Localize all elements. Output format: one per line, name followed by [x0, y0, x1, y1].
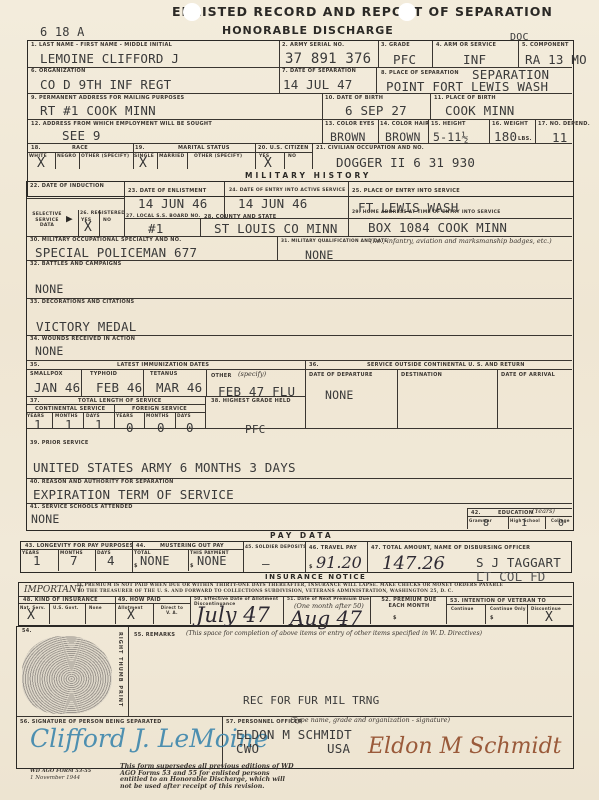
college-years-value: 0	[558, 518, 564, 529]
field-label: 6. Organization	[31, 68, 86, 74]
section-insurance-notice: INSURANCE NOTICE	[265, 573, 366, 581]
field-label: 37.	[30, 398, 40, 404]
allotment-discontinuance-value: July 47	[196, 603, 270, 627]
field-label: 47. Total Amount, Name of Disbursing Off…	[371, 545, 530, 551]
field-label: 4. Arm or Service	[436, 42, 496, 48]
insurance-notice-line1: IF PREMIUM IS NOT PAID WHEN DUE OR WITHI…	[77, 583, 503, 588]
marital-option-married[interactable]: Married	[159, 154, 184, 159]
remarks-value: REC FOR FUR MIL TRNG	[243, 694, 379, 707]
weight-unit: LBS.	[518, 136, 532, 142]
field-label: 33. Decorations and Citations	[30, 299, 134, 305]
arrow-right-icon: ▶	[66, 212, 73, 225]
name-value: LEMOINE CLIFFORD J	[40, 51, 179, 66]
soldier-deposits-value: —	[262, 556, 270, 571]
field-label: 12. Address from which Employment will b…	[31, 121, 212, 127]
service-schools-value: NONE	[31, 512, 60, 526]
field-label: 15. Height	[431, 121, 466, 127]
field-label: 42.	[471, 510, 481, 516]
longevity-days-value: 4	[107, 553, 115, 568]
registered-checkmark: X	[84, 220, 92, 235]
total-amount-value: 147.26	[382, 553, 445, 574]
column-label: Months	[146, 414, 169, 419]
travel-pay-value: 91.20	[316, 553, 362, 572]
field-label: 35.	[30, 362, 40, 368]
field-label: 49. How Paid	[118, 597, 161, 603]
field-label: 54.	[22, 628, 32, 634]
field-label: 7. Date of Separation	[282, 68, 356, 74]
battles-value: NONE	[35, 282, 64, 296]
column-label: Years	[116, 414, 133, 419]
field-label: 41. Service Schools Attended	[30, 504, 133, 510]
personnel-officer-org: USA	[327, 741, 350, 756]
tetanus-date-value: MAR 46	[156, 380, 202, 395]
grammar-years-value: 8	[483, 518, 489, 529]
registered-option-no[interactable]: No	[103, 218, 111, 223]
punch-hole	[398, 3, 416, 21]
continental-months-value: 1	[65, 417, 73, 432]
continental-days-value: 1	[95, 417, 103, 432]
field-label: 26. Registered	[80, 211, 125, 216]
separation-place-line2: POINT FORT LEWIS WASH	[386, 79, 548, 94]
personnel-officer-signature: Eldon M Schmidt	[368, 734, 562, 759]
decorations-value: VICTORY MEDAL	[36, 319, 136, 334]
enlistment-date-value: 14 JUN 46	[138, 196, 208, 211]
insurance-notice-line2: TO THE TREASURER OF THE U. S. AND FORWAR…	[77, 589, 453, 594]
dependents-value: 11	[552, 130, 567, 145]
field-label: 18.	[31, 145, 41, 151]
foreign-service-label: Foreign Service	[132, 406, 187, 412]
form-id-line2: 1 November 1944	[30, 775, 80, 782]
height-value: 5-11½	[433, 130, 469, 144]
intention-option-continue[interactable]: Continue	[451, 606, 474, 611]
field-label: Total Length of Service	[78, 398, 162, 404]
field-label-note: (This space for completion of above item…	[186, 630, 482, 637]
field-label: 16. Weight	[492, 121, 528, 127]
citizen-option-no[interactable]: No	[288, 154, 296, 159]
thumbprint-image	[22, 636, 112, 714]
mustering-payment-value: NONE	[197, 554, 227, 568]
longevity-years-value: 1	[33, 553, 41, 568]
field-label: 8. Place of Separation	[381, 70, 459, 76]
column-label: Days	[177, 414, 191, 419]
insurance-checkmark: X	[27, 608, 35, 623]
column-label: Other	[211, 373, 232, 379]
supersedes-note: This form supersedes all previous editio…	[120, 764, 295, 790]
civilian-occupation-value: DOGGER II 6 31 930	[336, 155, 475, 170]
punch-hole	[183, 3, 201, 21]
column-label: Typhoid	[90, 371, 117, 377]
county-state-value: ST LOUIS CO MINN	[214, 221, 338, 236]
field-label: 48. Kind of Insurance	[23, 597, 98, 603]
field-label: 14. Color Hair	[380, 121, 429, 127]
field-label: 1. Last Name - First Name - Middle Initi…	[31, 42, 172, 48]
paid-option-direct[interactable]: Direct to V. A.	[158, 605, 186, 615]
field-label: 25. Place of Entry into Service	[352, 188, 460, 194]
personnel-officer-grade: CWO	[236, 741, 259, 756]
field-label: 11. Place of Birth	[434, 95, 496, 101]
mustering-total-value: NONE	[140, 554, 170, 568]
weight-value: 180	[494, 129, 517, 144]
field-label: 40. Reason and Authority for Separation	[30, 479, 174, 485]
field-label: 52. Premium Due Each Month	[374, 598, 444, 609]
field-label: 9. Permanent Address for Mailing Purpose…	[31, 95, 184, 101]
separation-reason-value: EXPIRATION TERM OF SERVICE	[33, 487, 234, 502]
field-label: 23. Date of Enlistment	[128, 188, 206, 194]
field-label: 27. Local S.S. Board No.	[126, 214, 201, 219]
selective-service-label: Selective Service Data	[28, 212, 66, 229]
highschool-years-value: 1	[521, 518, 527, 529]
military-qualification-value: NONE	[305, 248, 334, 262]
currency-sign: $	[309, 564, 313, 570]
component-value: RA 13 MO	[525, 52, 587, 67]
column-label: Date of Departure	[309, 372, 373, 378]
currency-sign: $	[190, 563, 194, 569]
column-label: Date of Arrival	[501, 372, 555, 378]
insurance-option-none[interactable]: None	[89, 605, 102, 610]
permanent-address-value: RT #1 COOK MINN	[40, 103, 156, 118]
continental-years-value: 1	[34, 417, 42, 432]
field-label: 22. Date of Induction	[30, 183, 104, 189]
intention-option-continue-only[interactable]: Continue Only	[490, 606, 526, 611]
prior-service-value: UNITED STATES ARMY 6 MONTHS 3 DAYS	[33, 460, 296, 475]
document-subtitle: HONORABLE DISCHARGE	[222, 24, 394, 37]
field-label-note: (Years)	[532, 508, 555, 515]
continental-service-label: Continental Service	[35, 406, 105, 412]
home-address-value: BOX 1084 COOK MINN	[368, 220, 507, 235]
field-label: 55. Remarks	[134, 632, 175, 638]
race-checkmark: X	[37, 156, 45, 171]
active-service-date-value: 14 JUN 46	[238, 196, 308, 211]
field-label: 28. County and State	[204, 214, 276, 220]
discharge-document: ENLISTED RECORD AND REPORT OF SEPARATION…	[0, 0, 599, 800]
paid-checkmark: X	[127, 608, 135, 623]
departure-date-value: NONE	[325, 388, 354, 402]
typhoid-date-value: FEB 46	[96, 380, 142, 395]
currency-sign: $	[393, 615, 397, 621]
field-label: 3. Grade	[381, 42, 410, 48]
serial-number-value: 37 891 376	[285, 51, 371, 67]
field-label: 5. Component	[522, 42, 569, 48]
field-label: 43. Longevity for Pay Purposes	[25, 543, 133, 549]
separation-date-value: 14 JUL 47	[283, 77, 353, 92]
field-label: 19.	[135, 145, 145, 151]
field-label: Service Outside Continental U. S. and Re…	[367, 362, 525, 368]
birth-date-value: 6 SEP 27	[345, 103, 407, 118]
hair-color-value: BROWN	[385, 130, 421, 144]
column-label: Destination	[401, 372, 442, 378]
currency-sign: $	[134, 563, 138, 569]
field-label: 10. Date of Birth	[325, 95, 383, 101]
field-label: 13. Color Eyes	[325, 121, 375, 127]
column-label-note: (specify)	[238, 371, 266, 378]
field-label: 30. Military Occupational Specialty and …	[30, 237, 181, 243]
field-label: 2. Army Serial No.	[282, 42, 344, 48]
thumb-print-label: RIGHT THUMB PRINT	[117, 632, 123, 707]
veteran-signature: Clifford J. LeMoine	[30, 724, 269, 753]
field-label-note: (Type name, grade and organization - sig…	[290, 717, 450, 724]
field-label-note: (i.e., infantry, aviation and marksmansh…	[370, 238, 552, 245]
race-option-other[interactable]: Other (specify)	[81, 154, 129, 159]
section-pay-data: PAY DATA	[270, 531, 334, 540]
marital-checkmark: X	[139, 156, 147, 171]
personnel-officer-name: ELDON M SCHMIDT	[236, 727, 352, 742]
board-number-value: #1	[148, 221, 163, 236]
insurance-option-us-govt[interactable]: U.S. Govt.	[53, 605, 79, 610]
employment-address-value: SEE 9	[62, 128, 101, 143]
currency-sign: $	[490, 615, 494, 621]
field-label: Race	[72, 145, 88, 151]
field-label: 29. Home Address at Time of Entry into S…	[352, 210, 501, 215]
smallpox-date-value: JAN 46	[34, 380, 80, 395]
field-label: 46. Travel Pay	[309, 545, 357, 551]
field-label: 24. Date of Entry into Active Service	[229, 188, 346, 193]
field-label: Mustering Out Pay	[160, 543, 224, 549]
field-label: 20. U.S. Citizen	[258, 145, 309, 151]
section-military-history: MILITARY HISTORY	[245, 171, 371, 180]
organization-value: CO D 9TH INF REGT	[40, 77, 171, 92]
wounds-value: NONE	[35, 344, 64, 358]
birth-place-value: COOK MINN	[445, 103, 515, 118]
highest-grade-value: PFC	[245, 423, 265, 436]
longevity-months-value: 7	[70, 553, 78, 568]
citizen-checkmark: X	[264, 156, 272, 171]
field-label: 53. Intention of Veteran to	[450, 598, 546, 604]
form-id-line1: WD AGO FORM 53-55	[30, 768, 91, 775]
grade-value: PFC	[393, 52, 416, 67]
field-label: 17. No. Depend.	[538, 121, 590, 127]
field-label: 39. Prior Service	[30, 440, 89, 446]
field-label: 32. Battles and Campaigns	[30, 261, 122, 267]
intention-checkmark: X	[545, 610, 553, 625]
field-label: 36.	[309, 362, 319, 368]
field-label: Education	[498, 510, 533, 516]
disbursing-officer-value: S J TAGGART	[476, 555, 561, 570]
file-code: 6 18 A	[40, 25, 85, 39]
document-title: ENLISTED RECORD AND REPORT OF SEPARATION	[172, 4, 553, 19]
column-label: Smallpox	[30, 371, 63, 377]
marital-option-other[interactable]: Other (specify)	[194, 154, 242, 159]
field-label: 45. Soldier Deposits	[245, 545, 307, 550]
field-label: 21. Civilian Occupation and No.	[316, 145, 424, 151]
important-label: IMPORTANT	[24, 586, 83, 595]
arm-service-value: INF	[463, 52, 486, 67]
field-label: 34. Wounds Received in Action	[30, 336, 135, 342]
field-label: Latest Immunization Dates	[117, 362, 209, 368]
column-label: Tetanus	[150, 371, 178, 377]
field-label: Marital Status	[178, 145, 230, 151]
field-label: 38. Highest Grade Held	[211, 398, 291, 404]
field-label: 44.	[136, 543, 146, 549]
race-option-negro[interactable]: Negro	[57, 154, 76, 159]
mos-value: SPECIAL POLICEMAN 677	[35, 245, 197, 260]
eye-color-value: BROWN	[330, 130, 366, 144]
